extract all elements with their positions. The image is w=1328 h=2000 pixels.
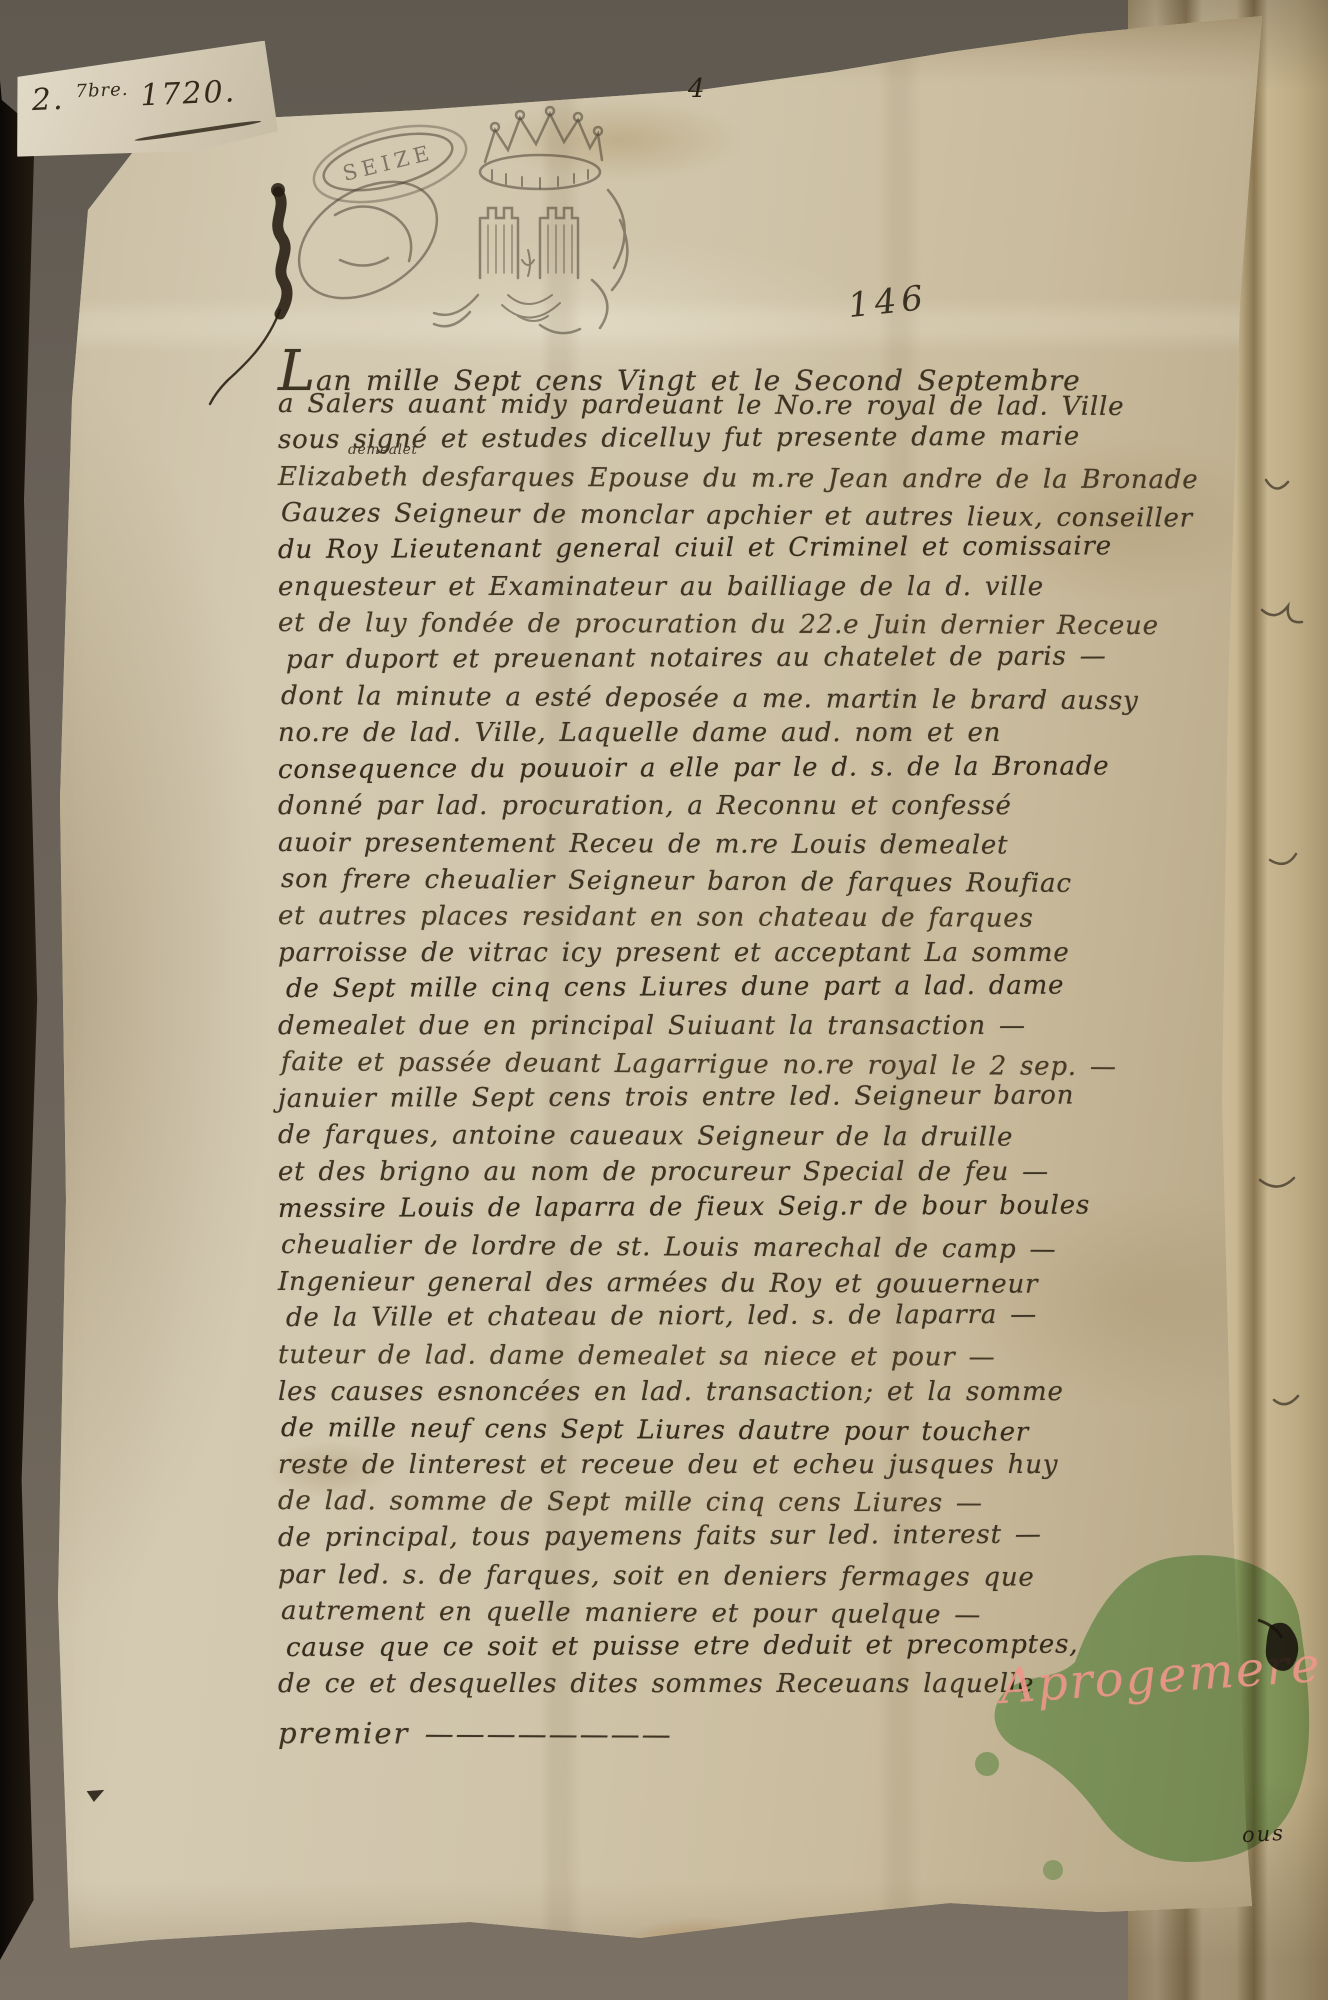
ink-blotch [1252, 1616, 1312, 1706]
manuscript-line: reste de linterest et receue deu et eche… [278, 1450, 1223, 1487]
book-spine [0, 0, 60, 2000]
manuscript-line: sous signé et estudes dicelluy fut prese… [278, 421, 1223, 462]
interline-note: demealet [348, 442, 418, 458]
date-day: 2. [31, 82, 65, 118]
manuscript-line: parroisse de vitrac icy present et accep… [278, 938, 1223, 975]
manuscript-line: et des brigno au nom de procureur Specia… [278, 1157, 1223, 1194]
manuscript-line: januier mille Sept cens trois entre led.… [278, 1080, 1223, 1121]
manuscript-line: son frere cheualier Seigneur baron de fa… [281, 864, 1226, 906]
edge-ink-marks [1240, 460, 1320, 1460]
date-note: 2. 7bre. 1720. [31, 74, 237, 118]
manuscript-line: no.re de lad. Ville, Laquelle dame aud. … [278, 718, 1223, 755]
manuscript-line: messire Louis de laparra de fieux Seig.r… [278, 1190, 1223, 1231]
manuscript-line: dont la minute a esté deposée a me. mart… [281, 681, 1226, 723]
crown-icon [480, 107, 602, 189]
stamp-oval [278, 158, 458, 322]
folio-number: 146 [846, 278, 930, 326]
manuscript-line: enquesteur et Examinateur au bailliage d… [278, 572, 1223, 609]
date-month: 7bre. [75, 79, 129, 102]
manuscript-line: du Roy Lieutenant general ciuil et Crimi… [278, 531, 1223, 572]
manuscript-line: de la Ville et chateau de niort, led. s.… [286, 1299, 1223, 1340]
manuscript-line: consequence du pouuoir a elle par le d. … [278, 750, 1223, 791]
manuscript-line: les causes esnoncées en lad. transaction… [278, 1377, 1223, 1414]
manuscript-line: cheualier de lordre de st. Louis marecha… [281, 1230, 1226, 1272]
date-year: 1720. [140, 74, 237, 113]
manuscript-photo: 2. 7bre. 1720. 4 146 [0, 0, 1328, 2000]
manuscript-line: Lan mille Sept cens Vingt et le Second S… [278, 352, 1223, 389]
castle-towers-icon [480, 208, 578, 278]
manuscript-line: de mille neuf cens Sept Liures dautre po… [281, 1413, 1226, 1455]
manuscript-line: demealet due en principal Suiuant la tra… [278, 1011, 1223, 1048]
manuscript-line: donné par lad. procuration, a Reconnu et… [278, 791, 1223, 828]
manuscript-line: et autres places residant en son chateau… [278, 901, 1223, 941]
manuscript-line: de Sept mille cinq cens Liures dune part… [286, 970, 1223, 1011]
manuscript-line: auoir presentement Receu de m.re Louis d… [278, 828, 1223, 868]
manuscript-line: de farques, antoine caueaux Seigneur de … [278, 1120, 1223, 1160]
tax-stamp: SEIZE [240, 100, 640, 345]
manuscript-text: Lan mille Sept cens Vingt et le Second S… [278, 352, 1223, 1753]
page-number: 4 [688, 74, 705, 104]
stamp-outline [278, 107, 627, 333]
manuscript-line: Elizabeth desfarques Epouse du m.re Jean… [278, 462, 1223, 502]
manuscript-line: par duport et preuenant notaires au chat… [286, 641, 1223, 682]
manuscript-line: tuteur de lad. dame demealet sa niece et… [278, 1340, 1223, 1380]
edge-note: ous [1241, 1821, 1285, 1847]
